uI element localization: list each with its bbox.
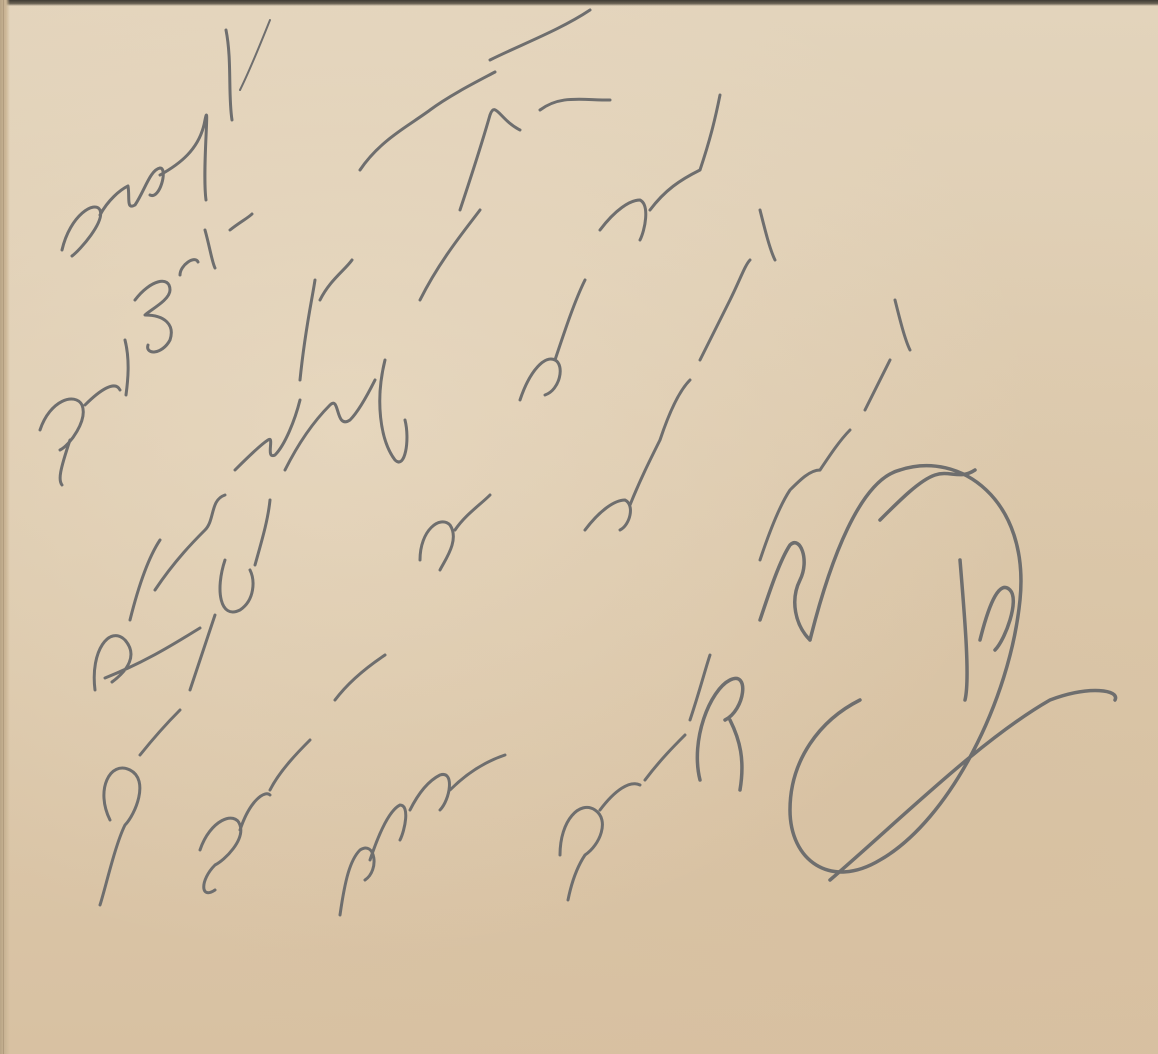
handwriting-strokes bbox=[0, 0, 1158, 1054]
inscription-page: Aug 4 To Bob - I know you are going to e… bbox=[0, 0, 1158, 1054]
stroke-line4 bbox=[340, 210, 775, 915]
stroke-closing bbox=[560, 300, 910, 900]
stroke-line3 bbox=[200, 95, 720, 893]
stroke-signature bbox=[697, 466, 1115, 880]
stroke-date bbox=[62, 30, 232, 256]
stroke-line2 bbox=[100, 99, 610, 905]
stroke-date-mark bbox=[240, 20, 270, 90]
stroke-line1 bbox=[94, 10, 590, 690]
